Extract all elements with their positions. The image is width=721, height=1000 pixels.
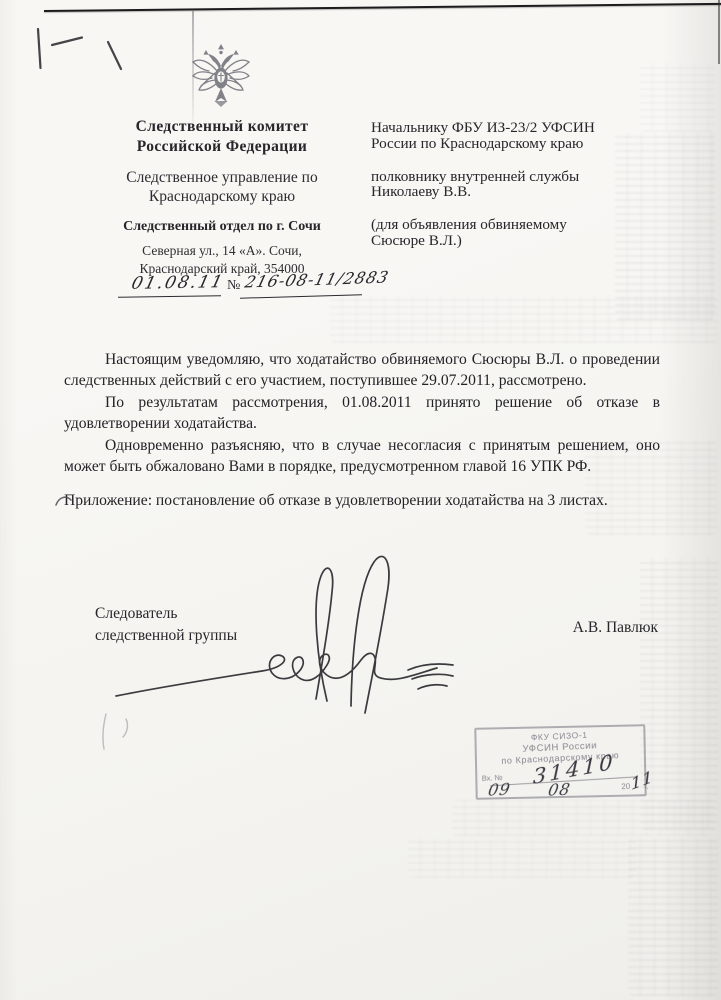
date-underline — [118, 295, 221, 297]
bleed-through — [452, 800, 714, 836]
bleed-through — [640, 558, 718, 830]
stamp-date-month: 08 — [547, 779, 572, 799]
addressee-organization: Начальнику ФБУ ИЗ-23/2 УФСИН России по К… — [371, 120, 671, 152]
addressee-line: (для объявления обвиняемому — [371, 217, 671, 233]
addressee-block: Начальнику ФБУ ИЗ-23/2 УФСИН России по К… — [371, 120, 671, 249]
pencil-smudge — [103, 714, 127, 749]
stamp-date-day: 09 — [487, 779, 512, 799]
stamp-year-suffix: г. — [644, 782, 649, 791]
bleed-through — [330, 295, 718, 343]
signer-position-line2: следственной группы — [95, 625, 237, 647]
department-name: Следственный отдел по г. Сочи — [62, 218, 382, 235]
reference-row: 01.08.11 № 216-08-11/2883 — [110, 270, 385, 310]
number-underline — [240, 294, 362, 298]
attachment-note: Приложение: постановление об отказе в уд… — [64, 490, 660, 511]
signer-position: Следователь следственной группы — [95, 603, 237, 647]
scan-edge-right — [718, 0, 720, 64]
body-paragraph-2: По результатам рассмотрения, 01.08.2011 … — [64, 392, 660, 435]
stamp-content: ФКУ СИЗО-1 УФСИН России по Краснодарском… — [475, 724, 645, 800]
addressee-line: России по Краснодарскому краю — [371, 136, 671, 152]
stamp-year-prefix: 20 — [621, 782, 630, 791]
committee-name-line1: Следственный комитет — [62, 117, 382, 137]
bleed-through — [628, 838, 718, 996]
number-sign: № — [227, 278, 240, 294]
addressee-line: Начальнику ФБУ ИЗ-23/2 УФСИН — [371, 120, 671, 136]
russian-coat-of-arms-icon — [191, 42, 251, 106]
signer-position-line1: Следователь — [95, 603, 237, 625]
letter-body: Настоящим уведомляю, что ходатайство обв… — [64, 349, 660, 512]
addressee-line: полковнику внутренней службы — [371, 169, 671, 185]
pen-marks — [38, 29, 121, 69]
body-paragraph-1: Настоящим уведомляю, что ходатайство обв… — [64, 349, 660, 392]
handwritten-date: 01.08.11 — [129, 272, 226, 294]
addressee-note: (для объявления обвиняемому Сюсюре В.Л.) — [371, 217, 671, 249]
addressee-line: Сюсюре В.Л.) — [371, 233, 671, 249]
signer-name: А.В. Павлюк — [573, 619, 658, 637]
address-line1: Северная ул., 14 «А». Сочи, — [62, 242, 382, 260]
prison-intake-stamp: ФКУ СИЗО-1 УФСИН России по Краснодарском… — [474, 724, 646, 800]
addressee-person: полковнику внутренней службы Николаеву В… — [371, 169, 671, 201]
directorate-line2: Краснодарскому краю — [62, 187, 382, 206]
addressee-line: Николаеву В.В. — [371, 184, 671, 200]
scan-edge-line — [44, 3, 721, 13]
committee-name-line2: Российской Федерации — [62, 137, 382, 157]
letterhead-block: Следственный комитет Российской Федераци… — [62, 117, 382, 278]
body-paragraph-3: Одновременно разъясняю, что в случае нес… — [64, 435, 660, 478]
bleed-through — [408, 838, 636, 878]
handwritten-outgoing-number: 216-08-11/2883 — [243, 268, 391, 292]
directorate-line1: Следственное управление по — [62, 168, 382, 187]
scanned-letter-page: Следственный комитет Российской Федераци… — [0, 0, 721, 1000]
